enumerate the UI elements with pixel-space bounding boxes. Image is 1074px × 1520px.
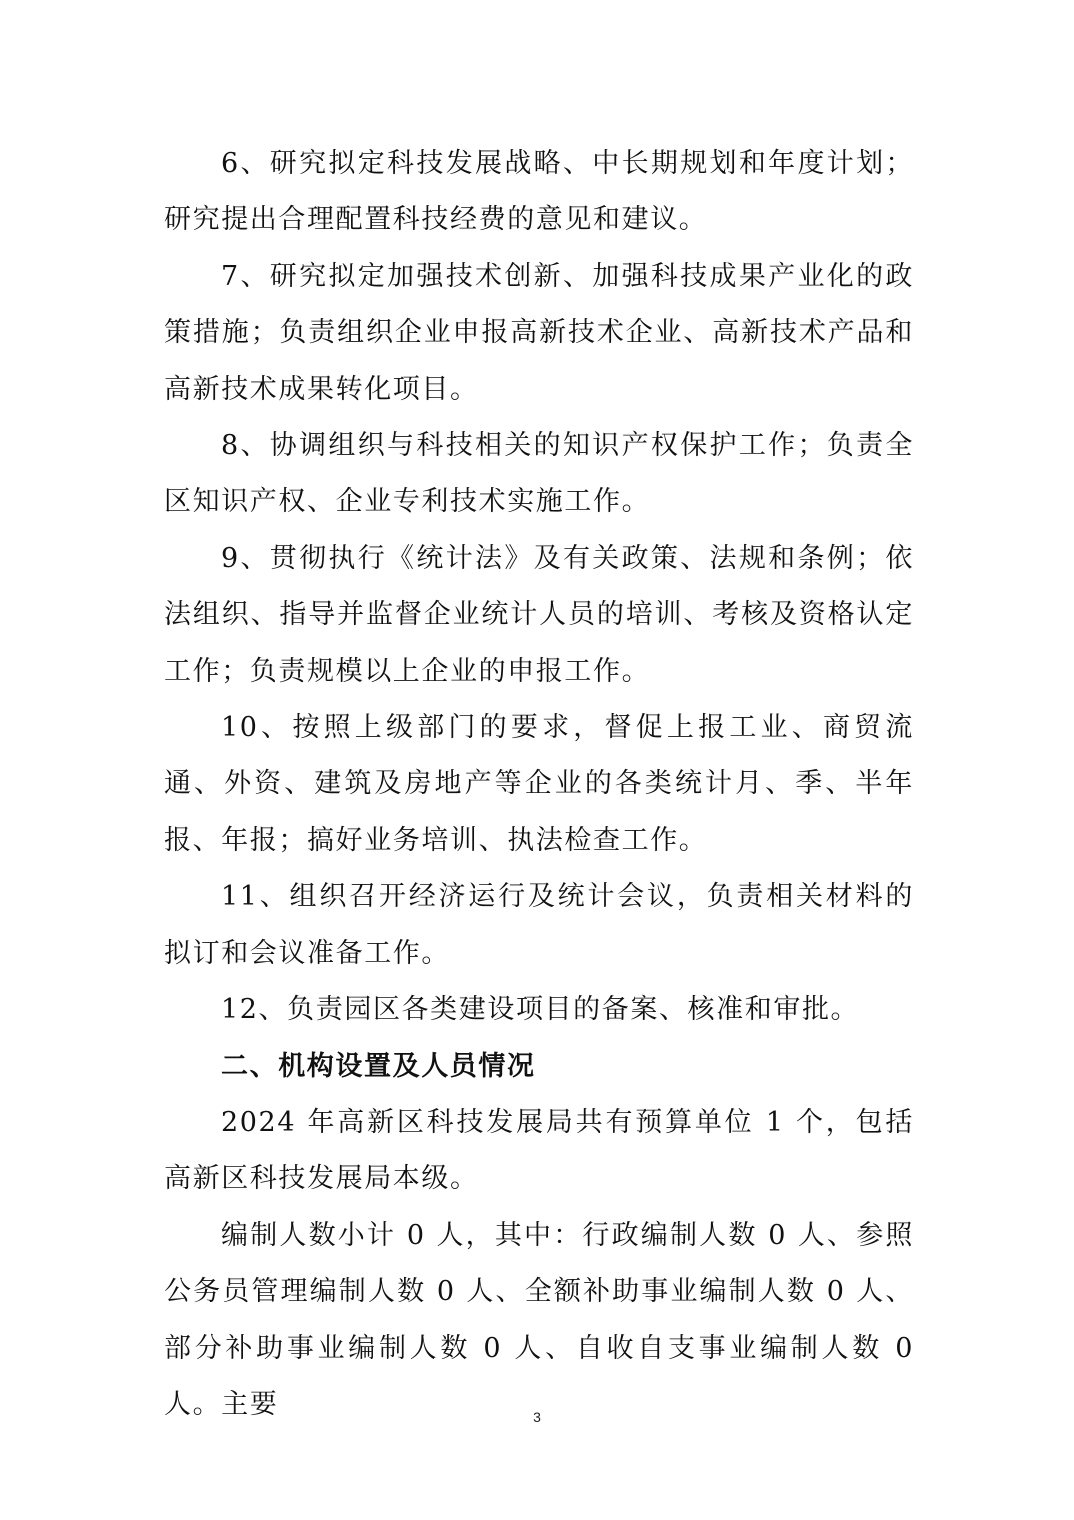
document-page: 6、研究拟定科技发展战略、中长期规划和年度计划；研究提出合理配置科技经费的意见和… [164, 136, 914, 1433]
paragraph-item-7: 7、研究拟定加强技术创新、加强科技成果产业化的政策措施；负责组织企业申报高新技术… [164, 249, 914, 418]
paragraph-item-11: 11、组织召开经济运行及统计会议，负责相关材料的拟订和会议准备工作。 [164, 869, 914, 982]
paragraph-item-8: 8、协调组织与科技相关的知识产权保护工作；负责全区知识产权、企业专利技术实施工作… [164, 418, 914, 531]
paragraph-item-10: 10、按照上级部门的要求，督促上报工业、商贸流通、外资、建筑及房地产等企业的各类… [164, 700, 914, 869]
paragraph-item-9: 9、贯彻执行《统计法》及有关政策、法规和条例；依法组织、指导并监督企业统计人员的… [164, 531, 914, 700]
section-heading: 二、机构设置及人员情况 [164, 1039, 914, 1095]
page-number: 3 [0, 1409, 1074, 1425]
paragraph-item-12: 12、负责园区各类建设项目的备案、核准和审批。 [164, 982, 914, 1038]
paragraph-item-6: 6、研究拟定科技发展战略、中长期规划和年度计划；研究提出合理配置科技经费的意见和… [164, 136, 914, 249]
paragraph-budget-units: 2024 年高新区科技发展局共有预算单位 1 个，包括高新区科技发展局本级。 [164, 1095, 914, 1208]
paragraph-staffing: 编制人数小计 0 人，其中：行政编制人数 0 人、参照公务员管理编制人数 0 人… [164, 1208, 914, 1434]
